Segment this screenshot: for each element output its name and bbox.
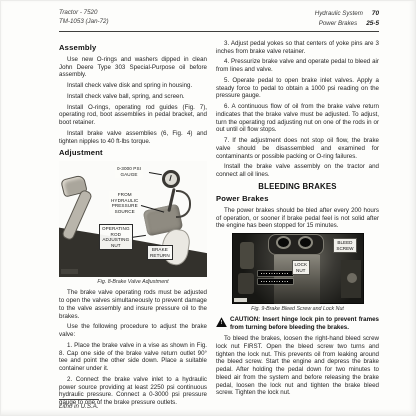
step-paragraph: 5. Operate pedal to open brake inlet val… <box>216 77 379 100</box>
paragraph: The power brakes should be bled after ev… <box>216 207 379 230</box>
bleeding-brakes-heading: BLEEDING BRAKES <box>216 182 379 191</box>
power-brakes-heading: Power Brakes <box>216 194 379 203</box>
fitting-shape <box>240 242 254 269</box>
header-section-label: Hydraulic System <box>315 10 363 17</box>
paragraph: To bleed the brakes, loosen the right-ha… <box>216 335 379 397</box>
bore-hole-shape <box>298 236 313 249</box>
paragraph: Install the brake valve assembly on the … <box>216 163 379 179</box>
header-subsection-label: Power Brakes <box>319 20 358 27</box>
header-manual-number: TM-1053 (Jan-72) <box>59 18 109 27</box>
fitting-shape <box>238 273 254 294</box>
step-paragraph: 7. If the adjustment does not stop oil f… <box>216 137 379 160</box>
manual-page: Tractor - 7520 TM-1053 (Jan-72) Hydrauli… <box>0 0 416 416</box>
caution-text: CAUTION: Insert hinge lock pin to preven… <box>230 316 379 332</box>
two-column-layout: Assembly Use new O-rings and washers dip… <box>59 40 379 410</box>
step-paragraph: 1. Place the brake valve in a vise as sh… <box>59 342 207 373</box>
fig8-caption: Fig. 8-Brake Valve Adjustment <box>59 279 207 285</box>
caution-label: CAUTION: <box>230 316 260 323</box>
footer-rule <box>59 399 99 400</box>
litho-note: Litho in U.S.A. <box>59 403 99 410</box>
paragraph: Install O-rings, operating rod guides (F… <box>59 104 207 127</box>
paragraph: The brake valve operating rods must be a… <box>59 289 207 320</box>
warning-triangle-icon: ! <box>216 317 227 327</box>
header-page-number: 25-5 <box>366 20 379 27</box>
photo-id-mark <box>61 269 78 274</box>
adjustment-heading: Adjustment <box>59 148 207 157</box>
stamped-tag-shape <box>258 271 293 276</box>
stamped-tag-shape <box>258 279 293 284</box>
photo-id-mark <box>234 298 247 302</box>
assembly-heading: Assembly <box>59 43 207 52</box>
step-paragraph: 3. Adjust pedal yokes so that centers of… <box>216 40 379 56</box>
header-right-block: Hydraulic System70 Power Brakes25-5 <box>315 9 379 29</box>
leader-line <box>149 172 162 175</box>
fig8-label-pressure-source: FROM HYDRAULIC PRESSURE SOURCE <box>109 191 140 215</box>
figure-brake-valve-adjustment: 0-3000 PSI GAUGE FROM HYDRAULIC PRESSURE… <box>59 161 207 277</box>
bleed-screw-shape <box>347 273 357 283</box>
page-footer: Litho in U.S.A. <box>59 399 99 410</box>
left-column: Assembly Use new O-rings and washers dip… <box>59 40 207 410</box>
header-left-block: Tractor - 7520 TM-1053 (Jan-72) <box>59 9 109 29</box>
pressure-gauge-icon <box>162 170 180 188</box>
fig8-label-adjusting-nut: OPERATING ROD ADJUSTING NUT <box>99 224 133 250</box>
leader-line <box>131 235 146 238</box>
fig8-label-brake-return: BRAKE RETURN <box>147 245 173 260</box>
hose-shape <box>176 190 191 218</box>
header-tractor-model: Tractor - 7520 <box>59 9 109 18</box>
paragraph: Install check valve disk and spring in h… <box>59 82 207 90</box>
fig8-label-gauge: 0-3000 PSI GAUGE <box>115 165 143 178</box>
fig9-label-lock-nut: LOCK NUT <box>292 260 311 275</box>
figure-brake-bleed-screw: BLEED SCREW LOCK NUT <box>232 233 364 304</box>
right-column: 3. Adjust pedal yokes so that centers of… <box>216 40 379 410</box>
fig9-label-bleed-screw: BLEED SCREW <box>333 238 356 253</box>
paragraph: Install check valve ball, spring, and sc… <box>59 93 207 101</box>
bore-hole-shape <box>276 236 291 249</box>
header-group-number: 70 <box>372 10 379 17</box>
fig9-caption: Fig. 9-Brake Bleed Screw and Lock Nut <box>216 306 379 312</box>
step-paragraph: 4. Pressurize brake valve and operate pe… <box>216 58 379 74</box>
paragraph: Use new O-rings and washers dipped in cl… <box>59 56 207 79</box>
paragraph: Install brake valve assemblies (6, Fig. … <box>59 130 207 146</box>
caution-note: ! CAUTION: Insert hinge lock pin to prev… <box>216 316 379 332</box>
header-section-line: Hydraulic System70 <box>315 9 379 19</box>
header-subsection-line: Power Brakes25-5 <box>315 19 379 29</box>
header-rule <box>59 31 379 32</box>
page-header: Tractor - 7520 TM-1053 (Jan-72) Hydrauli… <box>59 9 379 29</box>
paragraph: Use the following procedure to adjust th… <box>59 323 207 339</box>
step-paragraph: 6. A continuous flow of oil from the bra… <box>216 103 379 134</box>
